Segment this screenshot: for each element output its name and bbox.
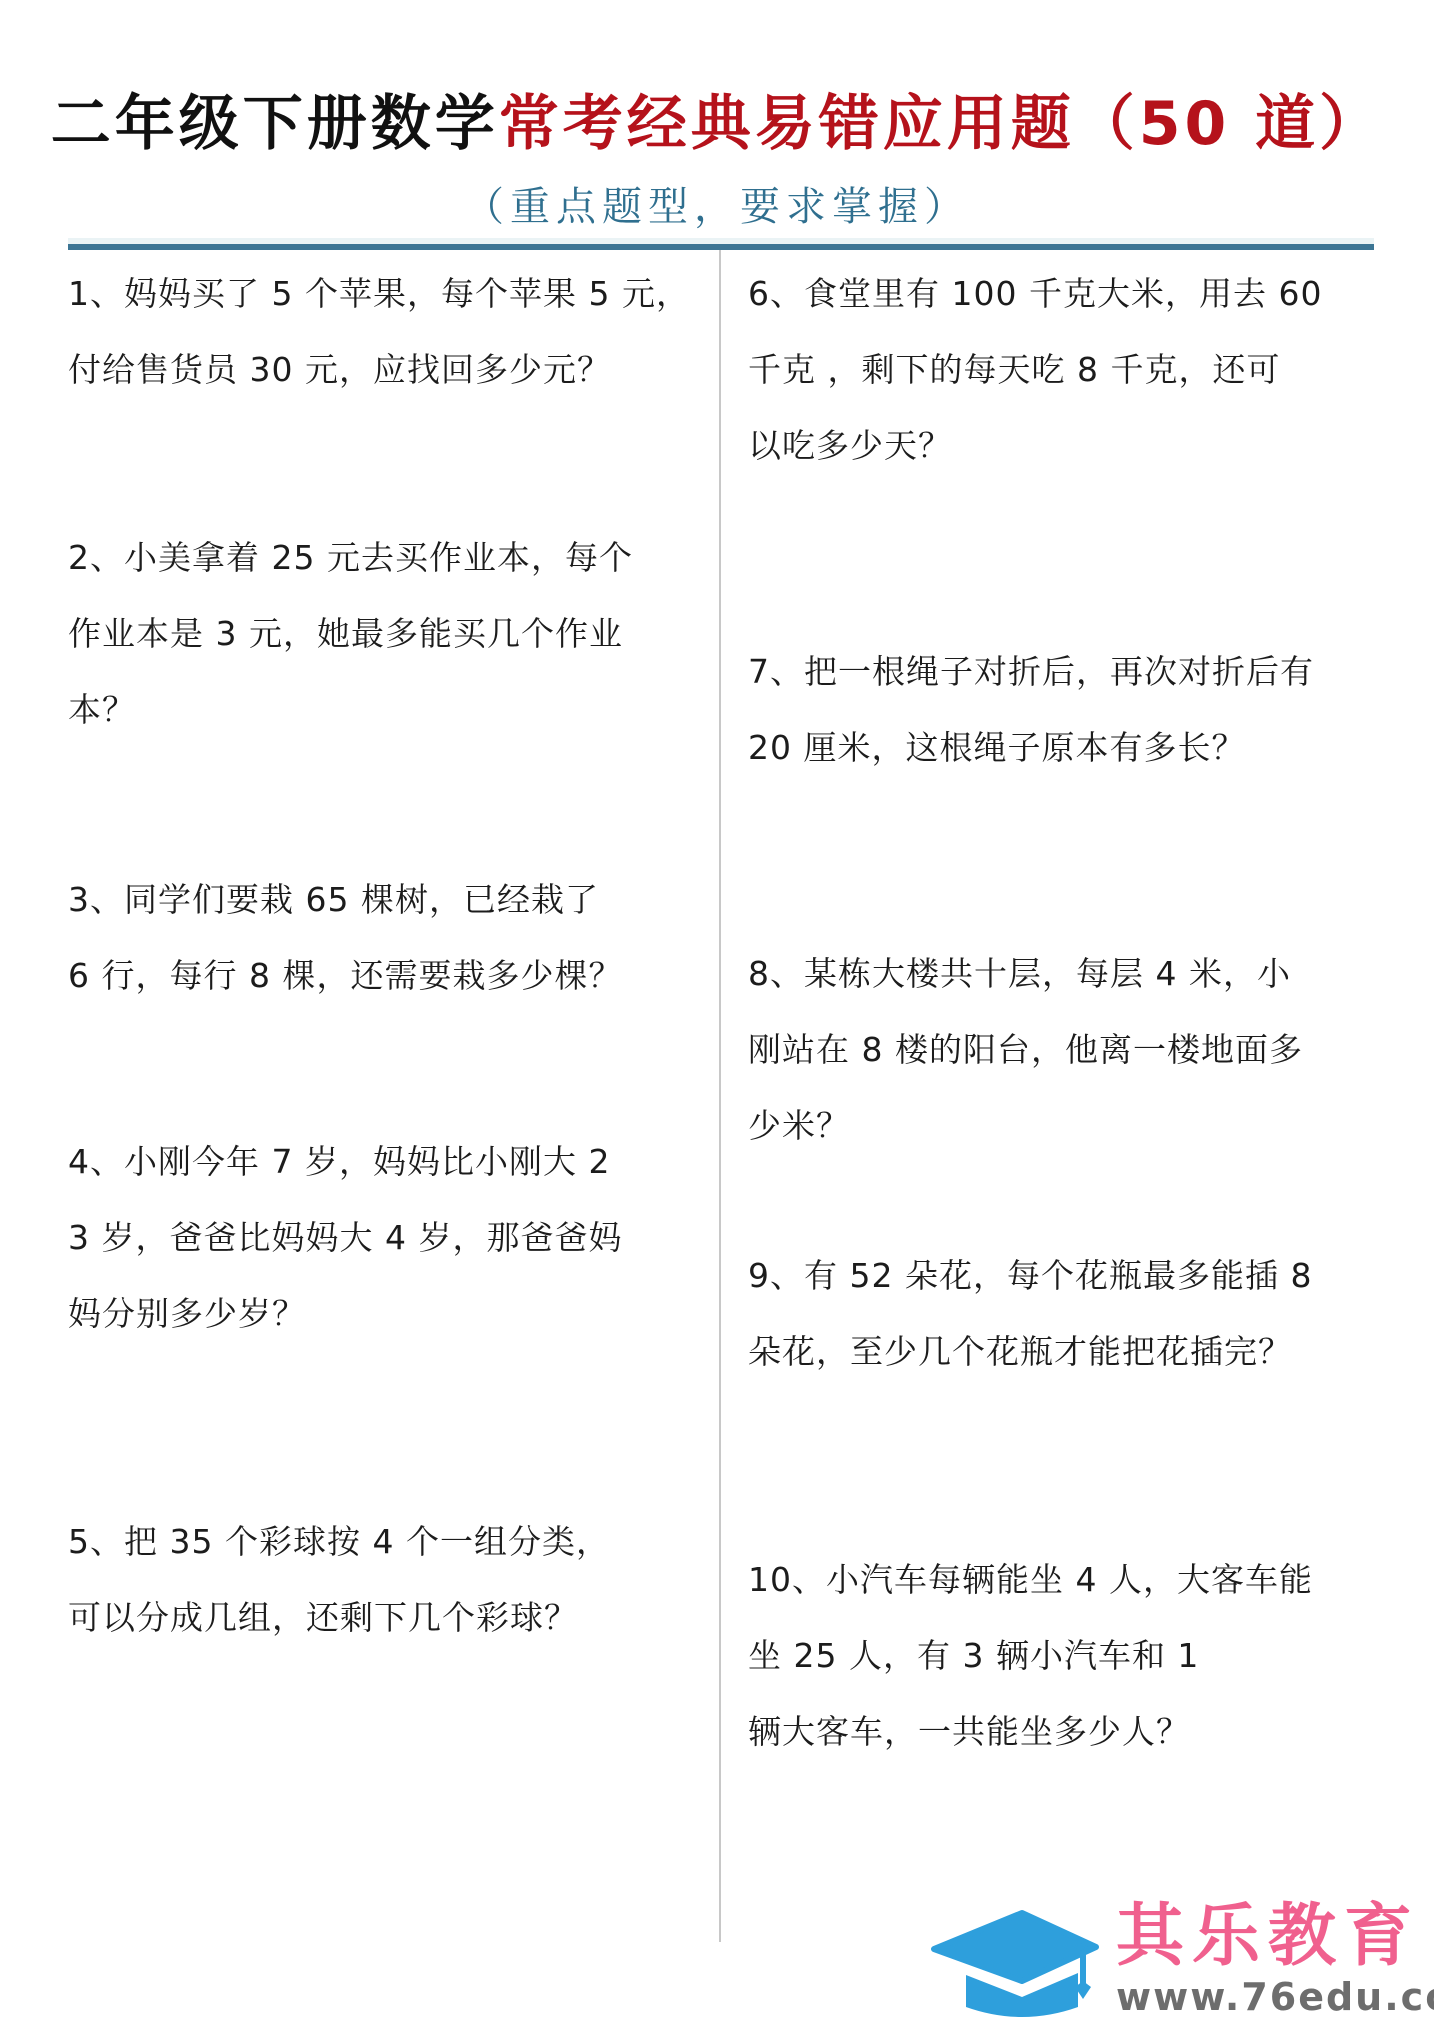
question-line: 可以分成几组，还剩下几个彩球？: [68, 1580, 708, 1656]
question-line: 5、把 35 个彩球按 4 个一组分类，: [68, 1504, 708, 1580]
question-5: 5、把 35 个彩球按 4 个一组分类， 可以分成几组，还剩下几个彩球？: [68, 1504, 708, 1656]
question-3: 3、同学们要栽 65 棵树，已经栽了 6 行，每行 8 棵，还需要栽多少棵？: [68, 862, 708, 1014]
question-line: 7、把一根绳子对折后，再次对折后有: [748, 634, 1388, 710]
question-line: 6、食堂里有 100 千克大米，用去 60: [748, 256, 1388, 332]
question-line: 妈分别多少岁？: [68, 1276, 708, 1352]
column-divider: [719, 250, 721, 1942]
question-10: 10、小汽车每辆能坐 4 人，大客车能 坐 25 人，有 3 辆小汽车和 1 辆…: [748, 1542, 1388, 1770]
question-line: 2、小美拿着 25 元去买作业本，每个: [68, 520, 708, 596]
question-line: 20 厘米，这根绳子原本有多长？: [748, 710, 1388, 786]
question-line: 本？: [68, 672, 708, 748]
brand-url: www.76edu.com: [1116, 1975, 1434, 2019]
question-line: 辆大客车，一共能坐多少人？: [748, 1694, 1388, 1770]
brand-name: 其乐教育: [1116, 1895, 1420, 1979]
question-line: 4、小刚今年 7 岁，妈妈比小刚大 2: [68, 1124, 708, 1200]
brand-logo: 其乐教育 www.76edu.com: [930, 1895, 1434, 2025]
question-line: 1、妈妈买了 5 个苹果，每个苹果 5 元，: [68, 256, 708, 332]
page-subtitle: （重点题型，要求掌握）: [0, 182, 1434, 232]
question-2: 2、小美拿着 25 元去买作业本，每个 作业本是 3 元，她最多能买几个作业 本…: [68, 520, 708, 748]
question-line: 8、某栋大楼共十层，每层 4 米，小: [748, 936, 1388, 1012]
header-rule: [68, 244, 1374, 250]
question-line: 千克 ，剩下的每天吃 8 千克，还可: [748, 332, 1388, 408]
question-6: 6、食堂里有 100 千克大米，用去 60 千克 ，剩下的每天吃 8 千克，还可…: [748, 256, 1388, 484]
question-line: 9、有 52 朵花，每个花瓶最多能插 8: [748, 1238, 1388, 1314]
question-8: 8、某栋大楼共十层，每层 4 米，小 刚站在 8 楼的阳台，他离一楼地面多 少米…: [748, 936, 1388, 1164]
question-line: 付给售货员 30 元，应找回多少元？: [68, 332, 708, 408]
question-line: 少米？: [748, 1088, 1388, 1164]
question-line: 10、小汽车每辆能坐 4 人，大客车能: [748, 1542, 1388, 1618]
graduation-cap-icon: [930, 1907, 1100, 2019]
title-grade-subject: 二年级下册数学: [51, 89, 499, 159]
page-title: 二年级下册数学常考经典易错应用题（50 道）: [0, 82, 1434, 166]
question-line: 朵花，至少几个花瓶才能把花插完？: [748, 1314, 1388, 1390]
question-line: 3、同学们要栽 65 棵树，已经栽了: [68, 862, 708, 938]
question-1: 1、妈妈买了 5 个苹果，每个苹果 5 元， 付给售货员 30 元，应找回多少元…: [68, 256, 708, 408]
question-line: 作业本是 3 元，她最多能买几个作业: [68, 596, 708, 672]
question-line: 6 行，每行 8 棵，还需要栽多少棵？: [68, 938, 708, 1014]
question-9: 9、有 52 朵花，每个花瓶最多能插 8 朵花，至少几个花瓶才能把花插完？: [748, 1238, 1388, 1390]
question-line: 刚站在 8 楼的阳台，他离一楼地面多: [748, 1012, 1388, 1088]
question-line: 3 岁，爸爸比妈妈大 4 岁，那爸爸妈: [68, 1200, 708, 1276]
question-line: 以吃多少天？: [748, 408, 1388, 484]
question-4: 4、小刚今年 7 岁，妈妈比小刚大 2 3 岁，爸爸比妈妈大 4 岁，那爸爸妈 …: [68, 1124, 708, 1352]
question-7: 7、把一根绳子对折后，再次对折后有 20 厘米，这根绳子原本有多长？: [748, 634, 1388, 786]
title-highlight: 常考经典易错应用题（50 道）: [499, 89, 1383, 159]
question-line: 坐 25 人，有 3 辆小汽车和 1: [748, 1618, 1388, 1694]
